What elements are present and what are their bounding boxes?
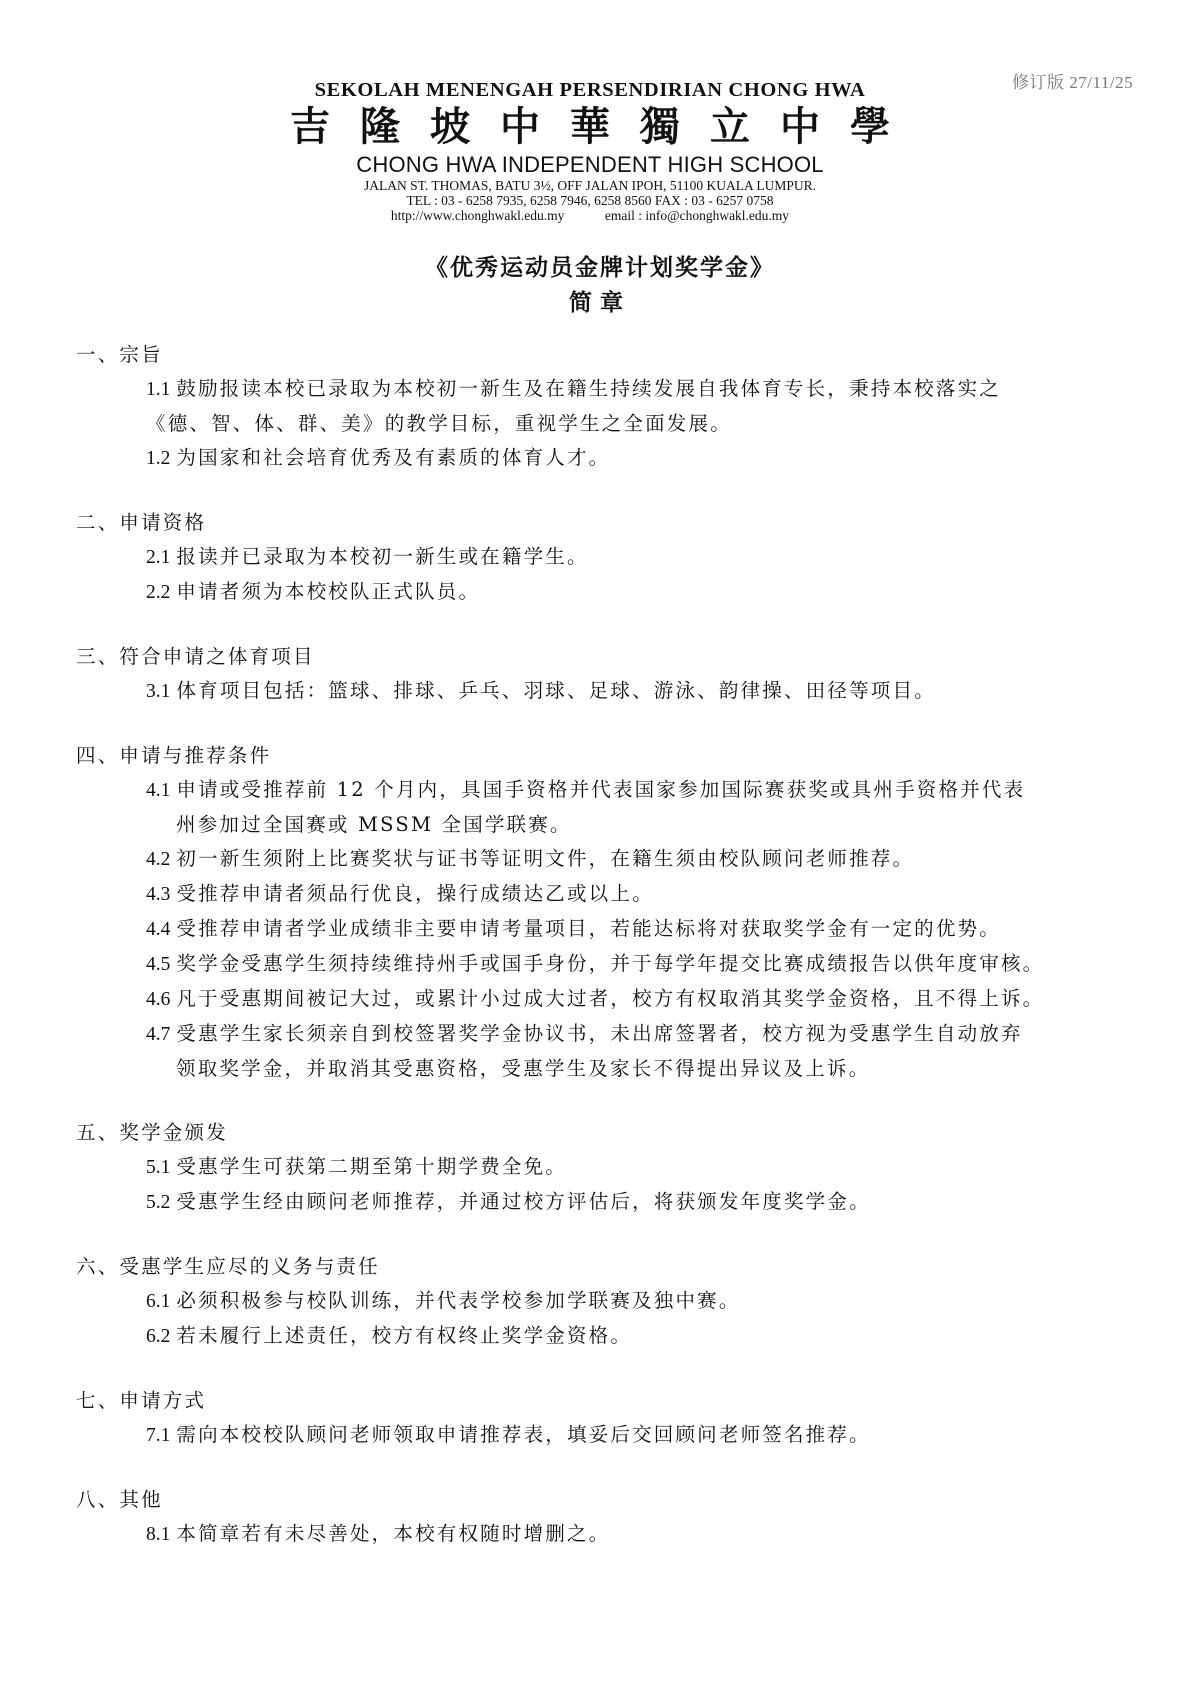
clause-number: 4.2: [146, 849, 170, 870]
clause-text: 受惠学生可获第二期至第十期学费全免。: [176, 1155, 567, 1178]
clause-text: 受惠学生家长须亲自到校签署奖学金协议书，未出席签署者，校方视为受惠学生自动放弃: [176, 1022, 1022, 1045]
clause-text: 奖学金受惠学生须持续维持州手或国手身份，并于每学年提交比赛成绩报告以供年度审核。: [176, 952, 1044, 975]
clause-4-6: 4.6凡于受惠期间被记大过，或累计小过成大过者，校方有权取消其奖学金资格，且不得…: [76, 982, 1156, 1017]
section-heading: 八、其他: [76, 1483, 1156, 1517]
clause-number: 4.3: [146, 884, 170, 905]
clause-number: 4.6: [146, 989, 170, 1010]
clause-number: 2.2: [146, 582, 170, 603]
clause-text: 体育项目包括：篮球、排球、乒乓、羽球、足球、游泳、韵律操、田径等项目。: [176, 679, 936, 702]
clause-6-2: 6.2若未履行上述责任，校方有权终止奖学金资格。: [76, 1319, 1156, 1354]
school-name-english: CHONG HWA INDEPENDENT HIGH SCHOOL: [250, 152, 930, 178]
clause-2-2: 2.2申请者须为本校校队正式队员。: [76, 575, 1156, 610]
clause-number: 4.5: [146, 954, 170, 975]
school-letterhead: SEKOLAH MENENGAH PERSENDIRIAN CHONG HWA …: [250, 78, 930, 223]
school-contact: TEL : 03 - 6258 7935, 6258 7946, 6258 85…: [250, 193, 930, 208]
document-body: 一、宗旨 1.1鼓励报读本校已录取为本校初一新生及在籍生持续发展自我体育专长，秉…: [76, 338, 1156, 1582]
section-heading: 三、符合申请之体育项目: [76, 640, 1156, 674]
clause-text-continued: 《德、智、体、群、美》的教学目标，重视学生之全面发展。: [146, 407, 1156, 441]
school-name-chinese: 吉隆坡中華獨立中學: [280, 102, 930, 152]
clause-text: 鼓励报读本校已录取为本校初一新生及在籍生持续发展自我体育专长，秉持本校落实之: [176, 377, 1001, 400]
clause-number: 1.2: [146, 448, 170, 469]
clause-text: 本简章若有未尽善处，本校有权随时增删之。: [176, 1522, 610, 1545]
clause-text-continued: 州参加过全国赛或 MSSM 全国学联赛。: [146, 808, 1156, 842]
clause-4-4: 4.4受推荐申请者学业成绩非主要申请考量项目，若能达标将对获取奖学金有一定的优势…: [76, 912, 1156, 947]
section-others: 八、其他 8.1本简章若有未尽善处，本校有权随时增删之。: [76, 1483, 1156, 1552]
revision-label: 修订版 27/11/25: [1012, 68, 1133, 93]
school-web-contact: http://www.chonghwakl.edu.my email : inf…: [250, 208, 930, 223]
clause-1-2: 1.2为国家和社会培育优秀及有素质的体育人才。: [76, 441, 1156, 476]
clause-1-1: 1.1鼓励报读本校已录取为本校初一新生及在籍生持续发展自我体育专长，秉持本校落实…: [76, 372, 1156, 441]
school-name-malay: SEKOLAH MENENGAH PERSENDIRIAN CHONG HWA: [250, 78, 930, 102]
clause-number: 6.2: [146, 1326, 170, 1347]
clause-4-7: 4.7受惠学生家长须亲自到校签署奖学金协议书，未出席签署者，校方视为受惠学生自动…: [76, 1017, 1156, 1086]
clause-number: 1.1: [146, 379, 170, 400]
document-title: 《优秀运动员金牌计划奖学金》: [0, 253, 1200, 283]
clause-text: 受推荐申请者学业成绩非主要申请考量项目，若能达标将对获取奖学金有一定的优势。: [176, 917, 1001, 940]
section-application-conditions: 四、申请与推荐条件 4.1申请或受推荐前 12 个月内，具国手资格并代表国家参加…: [76, 739, 1156, 1086]
clause-text: 凡于受惠期间被记大过，或累计小过成大过者，校方有权取消其奖学金资格，且不得上诉。: [176, 987, 1044, 1010]
section-heading: 四、申请与推荐条件: [76, 739, 1156, 773]
clause-2-1: 2.1报读并已录取为本校初一新生或在籍学生。: [76, 540, 1156, 575]
clause-number: 4.7: [146, 1024, 170, 1045]
clause-4-3: 4.3受推荐申请者须品行优良，操行成绩达乙或以上。: [76, 877, 1156, 912]
clause-text: 必须积极参与校队训练，并代表学校参加学联赛及独中赛。: [176, 1289, 740, 1312]
clause-number: 2.1: [146, 547, 170, 568]
clause-5-1: 5.1受惠学生可获第二期至第十期学费全免。: [76, 1150, 1156, 1185]
clause-number: 7.1: [146, 1425, 170, 1446]
clause-number: 4.1: [146, 780, 170, 801]
clause-number: 6.1: [146, 1291, 170, 1312]
school-website-link[interactable]: http://www.chonghwakl.edu.my: [391, 208, 564, 223]
clause-number: 3.1: [146, 681, 170, 702]
clause-text: 若未履行上述责任，校方有权终止奖学金资格。: [176, 1324, 632, 1347]
clause-6-1: 6.1必须积极参与校队训练，并代表学校参加学联赛及独中赛。: [76, 1284, 1156, 1319]
clause-number: 5.1: [146, 1157, 170, 1178]
clause-5-2: 5.2受惠学生经由顾问老师推荐，并通过校方评估后，将获颁发年度奖学金。: [76, 1185, 1156, 1220]
section-eligible-sports: 三、符合申请之体育项目 3.1体育项目包括：篮球、排球、乒乓、羽球、足球、游泳、…: [76, 640, 1156, 709]
clause-3-1: 3.1体育项目包括：篮球、排球、乒乓、羽球、足球、游泳、韵律操、田径等项目。: [76, 674, 1156, 709]
section-heading: 五、奖学金颁发: [76, 1116, 1156, 1150]
clause-7-1: 7.1需向本校校队顾问老师领取申请推荐表，填妥后交回顾问老师签名推荐。: [76, 1418, 1156, 1453]
clause-text-continued: 领取奖学金，并取消其受惠资格，受惠学生及家长不得提出异议及上诉。: [146, 1052, 1156, 1086]
section-obligations: 六、受惠学生应尽的义务与责任 6.1必须积极参与校队训练，并代表学校参加学联赛及…: [76, 1250, 1156, 1354]
clause-text: 申请或受推荐前 12 个月内，具国手资格并代表国家参加国际赛获奖或具州手资格并代…: [176, 778, 1025, 801]
clause-text: 初一新生须附上比赛奖状与证书等证明文件，在籍生须由校队顾问老师推荐。: [176, 847, 914, 870]
clause-number: 8.1: [146, 1524, 170, 1545]
clause-4-5: 4.5奖学金受惠学生须持续维持州手或国手身份，并于每学年提交比赛成绩报告以供年度…: [76, 947, 1156, 982]
clause-number: 4.4: [146, 919, 170, 940]
clause-4-2: 4.2初一新生须附上比赛奖状与证书等证明文件，在籍生须由校队顾问老师推荐。: [76, 842, 1156, 877]
document-subtitle: 简章: [0, 288, 1200, 318]
clause-8-1: 8.1本简章若有未尽善处，本校有权随时增删之。: [76, 1517, 1156, 1552]
school-address: JALAN ST. THOMAS, BATU 3½, OFF JALAN IPO…: [250, 178, 930, 193]
clause-text: 为国家和社会培育优秀及有素质的体育人才。: [176, 446, 610, 469]
section-application-method: 七、申请方式 7.1需向本校校队顾问老师领取申请推荐表，填妥后交回顾问老师签名推…: [76, 1384, 1156, 1453]
clause-number: 5.2: [146, 1192, 170, 1213]
section-scholarship-award: 五、奖学金颁发 5.1受惠学生可获第二期至第十期学费全免。 5.2受惠学生经由顾…: [76, 1116, 1156, 1220]
section-heading: 二、申请资格: [76, 506, 1156, 540]
section-purpose: 一、宗旨 1.1鼓励报读本校已录取为本校初一新生及在籍生持续发展自我体育专长，秉…: [76, 338, 1156, 476]
school-email[interactable]: email : info@chonghwakl.edu.my: [605, 208, 789, 223]
clause-text: 需向本校校队顾问老师领取申请推荐表，填妥后交回顾问老师签名推荐。: [176, 1423, 870, 1446]
section-heading: 七、申请方式: [76, 1384, 1156, 1418]
section-eligibility: 二、申请资格 2.1报读并已录取为本校初一新生或在籍学生。 2.2申请者须为本校…: [76, 506, 1156, 610]
clause-text: 受惠学生经由顾问老师推荐，并通过校方评估后，将获颁发年度奖学金。: [176, 1190, 870, 1213]
clause-text: 报读并已录取为本校初一新生或在籍学生。: [176, 545, 588, 568]
clause-4-1: 4.1申请或受推荐前 12 个月内，具国手资格并代表国家参加国际赛获奖或具州手资…: [76, 773, 1156, 842]
section-heading: 六、受惠学生应尽的义务与责任: [76, 1250, 1156, 1284]
clause-text: 申请者须为本校校队正式队员。: [176, 580, 480, 603]
section-heading: 一、宗旨: [76, 338, 1156, 372]
clause-text: 受推荐申请者须品行优良，操行成绩达乙或以上。: [176, 882, 653, 905]
